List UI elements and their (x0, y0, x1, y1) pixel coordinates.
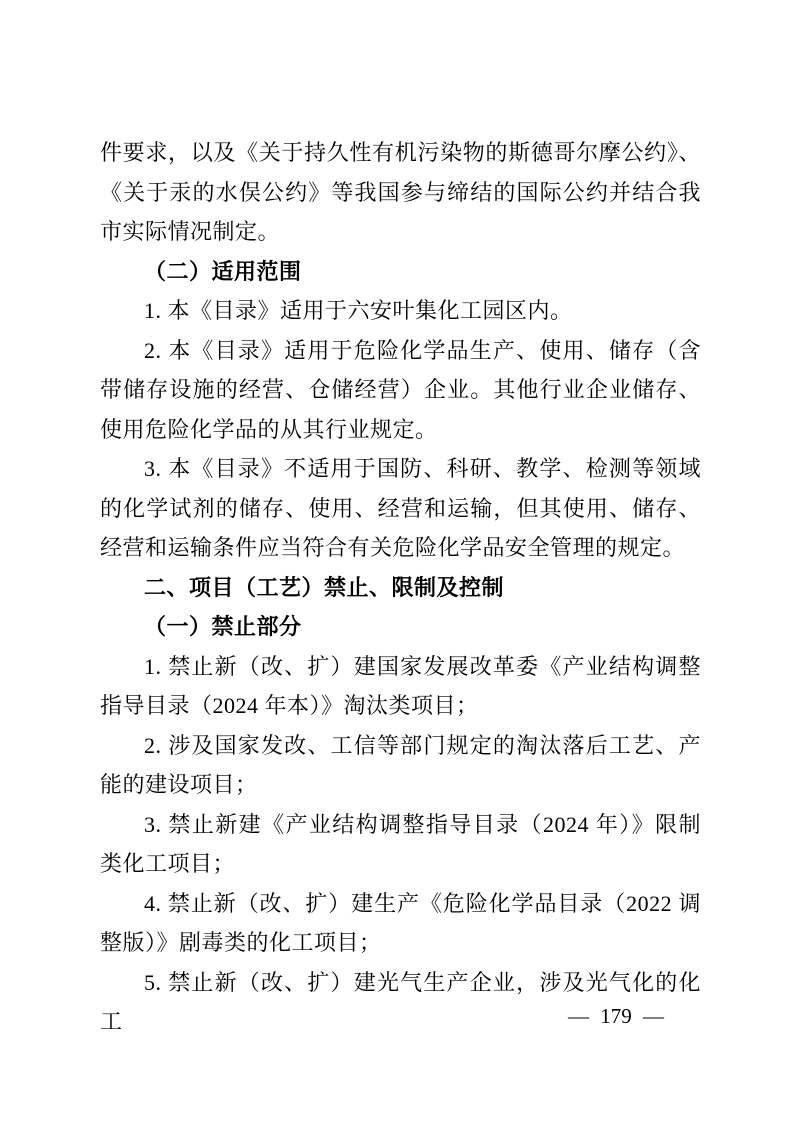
scope-item-2: 2. 本《目录》适用于危险化学品生产、使用、储存（含带储存设施的经营、仓储经营）… (100, 331, 701, 450)
scope-item-1: 1. 本《目录》适用于六安叶集化工园区内。 (100, 291, 701, 331)
page-number: — 179 — (568, 1001, 664, 1031)
heading-project-control: 二、项目（工艺）禁止、限制及控制 (100, 568, 701, 608)
scope-item-3: 3. 本《目录》不适用于国防、科研、教学、检测等领域的化学试剂的储存、使用、经营… (100, 449, 701, 568)
heading-applicable-scope: （二）适用范围 (100, 252, 701, 292)
document-body: 件要求，以及《关于持久性有机污染物的斯德哥尔摩公约》、《关于汞的水俣公约》等我国… (100, 133, 701, 1042)
prohibited-item-1: 1. 禁止新（改、扩）建国家发展改革委《产业结构调整指导目录（2024 年本）》… (100, 647, 701, 726)
heading-prohibited-part: （一）禁止部分 (100, 607, 701, 647)
paragraph-continuation: 件要求，以及《关于持久性有机污染物的斯德哥尔摩公约》、《关于汞的水俣公约》等我国… (100, 133, 701, 252)
prohibited-item-4: 4. 禁止新（改、扩）建生产《危险化学品目录（2022 调整版）》剧毒类的化工项… (100, 884, 701, 963)
prohibited-item-3: 3. 禁止新建《产业结构调整指导目录（2024 年）》限制类化工项目； (100, 805, 701, 884)
document-page: 件要求，以及《关于持久性有机污染物的斯德哥尔摩公约》、《关于汞的水俣公约》等我国… (0, 0, 794, 1122)
prohibited-item-2: 2. 涉及国家发改、工信等部门规定的淘汰落后工艺、产能的建设项目； (100, 726, 701, 805)
